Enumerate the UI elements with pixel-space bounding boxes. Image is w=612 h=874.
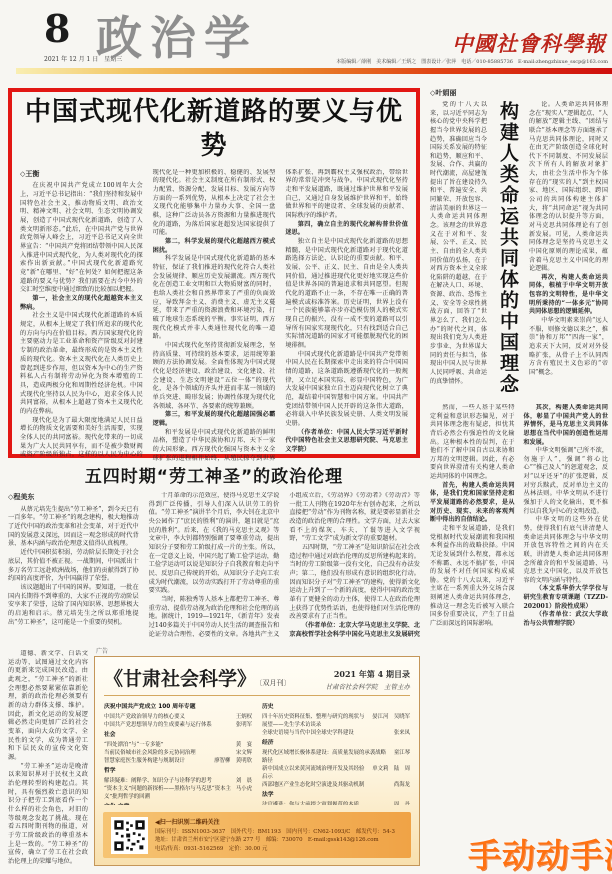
paragraph: 党的十八大以来，以习近平同志为核心的党中央科学把握当今世界发展的总趋势，准确回应… xyxy=(430,101,487,386)
toc-item: 全球史语境与当代中国全球史学科建设张来凤 xyxy=(262,729,410,737)
main-article-headline: 中国式现代化新道路的要义与优势 xyxy=(20,96,408,164)
toc-section-header: 法学 xyxy=(262,791,410,800)
toc-item-author: 刘 晨 xyxy=(236,777,252,785)
paragraph: 独立自主是中国式现代化新道路的思想精髓，是中国式现代化新道路对于现代化道路选择方… xyxy=(285,238,408,351)
paragraph: 从蔡元培先生提出“劳工神圣”，到今天已有一百多年。“劳工神圣”的观念建构，极大地… xyxy=(8,506,139,549)
toc-section-header: 经济 xyxy=(262,739,410,748)
second-article-title: 五四时期“劳工神圣”的政治伦理 xyxy=(8,462,420,487)
paragraph: 然而，一些人基于某些特定利益和意识形态偏见，对于共同体理念抱有疑虑，担忧其背后必… xyxy=(430,404,515,482)
paragraph: 中华文明的这些外在优势，使得我们有底气讲清楚人类命运共同体理念与中华文明开放包容… xyxy=(524,516,609,585)
paragraph: 十月革命的示范效应，使得马克思主义学说得到广泛传播，引导人们深入认识劳工的价值。… xyxy=(149,492,280,596)
staff-credits-line: 本版编辑／薛刚 美术编辑／王炳之 图表设计／张萍 电话／010-85885736… xyxy=(336,58,608,65)
right-article-vertical-title: 构建人类命运共同体的中国理念 xyxy=(491,101,525,397)
toc-section-header: 文化·文学 xyxy=(104,803,252,805)
right-article-author: ◇叶娟丽 xyxy=(430,88,608,98)
paragraph: 中华文明强调“己所不欲，勿施于人”，强调“将心比心”“推己及人”的恕道观念，反对… xyxy=(524,447,609,516)
toc-item-author: 廖智柳 黄明欣 xyxy=(214,757,252,765)
qr-caption: ◀扫一扫识别二维码关注 xyxy=(155,817,395,826)
toc-item-title: 解读疑难：阐释学、知识分子与诠释学的思考 xyxy=(104,777,212,785)
toc-section-header: 社会 xyxy=(104,731,252,740)
bold-paragraph: 第四，确立自主的现代化解构普世价值迷思。 xyxy=(285,221,408,238)
toc-item: 西部地区产业生态化时空演进及其驱动机制尚海龙 xyxy=(262,781,410,789)
toc-item-title: 中国共产党思想领导力的生成要素与运行体系 xyxy=(104,721,212,729)
page-number: 8 xyxy=(44,6,70,51)
toc-item-author: 马小虎 xyxy=(236,785,252,801)
address-line: 地址：甘肃省兰州市安宁区建宁东路 277 号 邮编：730070 E-mail:… xyxy=(155,836,395,844)
toc-item-title: 西部地区产业生态化时空演进及其驱动机制 xyxy=(262,781,364,789)
toc-item-title: 中国共产党政治领导力的核心要义 xyxy=(104,713,185,721)
toc-item-author: 童江琴 xyxy=(394,749,410,765)
issue-info-group: 2021 年第 4 期目录 甘肃省社会科学院 主管主办 xyxy=(326,669,411,691)
main-article-body: ◇王衡在庆祝中国共产党成立100周年大会上，习近平总书记指出：“我们坚持和发展中… xyxy=(20,169,408,471)
toc-item-author: 尚海龙 xyxy=(394,781,410,789)
paragraph: 道德、新文学、白话文运动等，试图通过文化内容的更新来完成国民改造。由此观之，“劳… xyxy=(8,650,88,763)
toc-item: 当前民俗城市社会风险的多元协同治理宋文辉 xyxy=(104,749,252,757)
paragraph: 中国式现代化坚持贯彻新发展理念，坚持高质量、可持续的基本要求，运用统筹兼顾的方法… xyxy=(153,342,276,411)
article-author: ◇程美东 xyxy=(8,493,139,503)
header-gradient-rule xyxy=(16,68,612,74)
toc-item-title: 新中国成立以来黄河流域治理开发及其经验启示 xyxy=(262,765,368,781)
toc-item-title: 当前民俗城市社会风险的多元协同治理 xyxy=(104,749,196,757)
toc-item-author: 王炳权 xyxy=(236,713,252,721)
toc-item: 现代化区域增长极体系建设：高质量发展的承袭战略路径童江琴 xyxy=(262,749,410,765)
right-article-upper: 党的十八大以来，以习近平同志为核心的党中央科学把握当今世界发展的总趋势，准确回应… xyxy=(430,101,608,397)
main-article-box: 中国式现代化新道路的要义与优势 ◇王衡在庆祝中国共产党成立100周年大会上，习近… xyxy=(8,88,420,458)
toc-item-author: 周 丹 xyxy=(394,801,410,805)
journal-title-group: 《甘肃社会科学》〔双月刊〕 xyxy=(104,664,291,691)
toc-left-column: 庆祝中国共产党成立 100 周年专题中国共产党政治领导力的核心要义王炳权中国共产… xyxy=(104,701,252,805)
phone-price-line: 电话/传真：0931-5162569 定价：30.00 元 xyxy=(155,845,395,853)
paragraph: “劳工神圣”运动是晚清以来知识界对于民权主义政治伦理转型的构建起点。其时，具有强… xyxy=(8,763,88,867)
toc-right-column: 历史四十年历史资料征集、整理与研究的现状与展望——先生学术访谈录晏江河 吴晓军全… xyxy=(262,701,410,805)
right-article-lower: 然而，一些人基于某些特定利益和意识形态偏见，对于共同体理念抱有疑虑，担忧其背后必… xyxy=(430,404,608,832)
second-article-body: ◇程美东从蔡元培先生提出“劳工神圣”，到今天已有一百多年。“劳工神圣”的观念建构… xyxy=(8,492,420,642)
left-continuation-column: 道德、新文学、白话文运动等，试图通过文化内容的更新来完成国民改造。由此观之，“劳… xyxy=(8,650,88,868)
bold-paragraph: 第三，和平发展的现代化超越国强必霸逻辑。 xyxy=(153,411,276,428)
bold-paragraph: 第一，社会主义的现代化超越资本主义弊病。 xyxy=(20,295,143,312)
toc-item: 新中国成立以来黄河流域治理开发及其经验启示单文莉 陆 周 xyxy=(262,765,410,781)
toc-section-header: 庆祝中国共产党成立 100 周年专题 xyxy=(104,703,252,712)
paragraph: 近代中国积贫积弱，劳动阶层长期处于社会底层，其价值不被正视。一战期间，中国派出十… xyxy=(8,549,139,584)
right-article: ◇叶娟丽 党的十八大以来，以习近平同志为核心的党中央科学把握当今世界发展的总趋势… xyxy=(430,88,608,870)
toc-item-author: 宋文辉 xyxy=(236,749,252,757)
toc-item: “资本主义”问题的新探析——黑格尔与马克思“资本主义”批判哲学的回溯马小虎 xyxy=(104,785,252,801)
toc-item-author: 张明军 xyxy=(236,721,252,729)
toc-item-author: 黄 宴 xyxy=(236,741,252,749)
toc-item-title: 智慧家庭医生服务构建与规制设计 xyxy=(104,757,185,765)
qr-code-icon xyxy=(111,817,148,854)
toc-item-title: 现代化区域增长极体系建设：高质量发展的承袭战略路径 xyxy=(262,749,390,765)
bold-paragraph: 第二，科学发展的现代化超越西方模式困扰。 xyxy=(153,238,276,255)
bold-paragraph: （作者单位：中国人民大学习近平新时代中国特色社会主义思想研究院、马克思主义学院） xyxy=(285,429,408,455)
bold-paragraph: （作者单位：武汉大学政治与公共管理学院） xyxy=(524,611,609,628)
ad-header: 《甘肃社会科学》〔双月刊〕 2021 年第 4 期目录 甘肃省社会科学院 主管主… xyxy=(104,664,410,696)
issue-title: 2021 年第 4 期目录 xyxy=(326,669,411,680)
toc-section-header: 历史 xyxy=(262,703,410,712)
toc-item-author: 张来凤 xyxy=(394,729,410,737)
paragraph: 社会主义是中国式现代化新道路的本质规定，从根本上规定了我们所追求的现代化的方向与… xyxy=(20,312,143,416)
toc-item-author: 晏江河 吴晓军 xyxy=(372,713,410,729)
journal-publisher: 甘肃省社会科学院 主管主办 xyxy=(326,682,411,691)
issn-line: 国际刊号：ISSN1003-3637 国外代号：BM1193 国内刊号：CN62… xyxy=(155,828,395,836)
toc-item-title: “资本主义”问题的新探析——黑格尔与马克思“资本主义”批判哲学的回溯 xyxy=(104,785,232,801)
newspaper-masthead: 中國社會科學報 xyxy=(452,28,606,58)
toc-item: 中国共产党政治领导力的核心要义王炳权 xyxy=(104,713,252,721)
toc-item-title: 全球史语境与当代中国全球史学科建设 xyxy=(262,729,354,737)
paragraph: 科学发展是中国式现代化新道路的基本特征，保证了我们推进的现代化符合人类社会发展规… xyxy=(153,255,276,342)
toc-item-title: 四十年历史资料征集、整理与研究的现状与展望——先生学术访谈录 xyxy=(262,713,368,729)
toc-item: “四处漂泊”与“一专多能”黄 宴 xyxy=(104,741,252,749)
paragraph: 五四时期，“劳工神圣”是知识阶层在社会改造过程中通过对政治伦理的反思所建构起来的… xyxy=(289,544,420,622)
paragraph: 走和平发展道路，是我们党根据时代发展潮流和我国根本利益作出的战略抉择。中国无论发… xyxy=(430,525,515,629)
journal-frequency: 〔双月刊〕 xyxy=(259,679,291,687)
toc-item-author: 单文莉 陆 周 xyxy=(372,765,410,781)
paragraph: 论。人类命运共同体理念在“现实人”逻辑起点、“人的解放”逻辑主线、“团结与联合”… xyxy=(529,101,608,274)
toc-item-title: “四处漂泊”与“一专多能” xyxy=(104,741,164,749)
paragraph: 该议题超出了中国的国界。要知道，一批在国内长期得不到尊重的、大家不正视的劳动阶层… xyxy=(8,584,139,627)
toc-item: 解读疑难：阐释学、知识分子与诠释学的思考刘 晨 xyxy=(104,777,252,785)
second-article: 五四时期“劳工神圣”的政治伦理 ◇程美东从蔡元培先生提出“劳工神圣”，到今天已有… xyxy=(8,462,420,644)
ad-label: 广告 xyxy=(96,646,108,655)
journal-toc: 庆祝中国共产党成立 100 周年专题中国共产党政治领导力的核心要义王炳权中国共产… xyxy=(104,701,410,805)
toc-item: 中国共产党思想领导力的生成要素与运行体系张明军 xyxy=(104,721,252,729)
article-author: ◇王衡 xyxy=(20,170,143,180)
ad-contact-strip: ◀扫一扫识别二维码关注 国际刊号：ISSN1003-3637 国外代号：BM11… xyxy=(103,812,411,858)
bold-paragraph: （本文系华侨大学学位与研究生教育专项课题（TZZD-202001）阶段性成果） xyxy=(524,585,609,611)
right-upper-left-column: 党的十八大以来，以习近平同志为核心的党中央科学把握当今世界发展的总趋势，准确回应… xyxy=(430,101,487,397)
toc-item: 智慧家庭医生服务构建与规制设计廖智柳 黄明欣 xyxy=(104,757,252,765)
ad-contact-text: ◀扫一扫识别二维码关注 国际刊号：ISSN1003-3637 国外代号：BM11… xyxy=(155,817,395,852)
paragraph: 中华文明素来崇尚“远人不服，则修文德以来之”，推崇“协和万邦”“四海一家”，追求… xyxy=(529,317,608,377)
toc-item: 四十年历史资料征集、整理与研究的现状与展望——先生学术访谈录晏江河 吴晓军 xyxy=(262,713,410,729)
section-title: 政治学 xyxy=(96,2,258,68)
bold-paragraph: 再次，构建人类命运共同体，根植于中华文明开放包容的文明特性，是中华文明所秉持的“… xyxy=(529,274,608,317)
right-upper-right-column: 论。人类命运共同体理念在“现实人”逻辑起点、“人的解放”逻辑主线、“团结与联合”… xyxy=(529,101,608,397)
paragraph: 中国式现代化新道路是中国共产党带领中国人民在长期探索中走出来的符合中国国情的道路… xyxy=(285,351,408,429)
bold-paragraph: 其次，构建人类命运共同体，彰显了中国共产党人的世界情怀，是马克思主义共同体思想在… xyxy=(524,404,609,447)
journal-title: 《甘肃社会科学》 xyxy=(104,668,256,690)
watermark-text: 手动动手游 xyxy=(468,830,612,874)
journal-advertisement: 《甘肃社会科学》〔双月刊〕 2021 年第 4 期目录 甘肃省社会科学院 主管主… xyxy=(94,656,420,866)
toc-item-title: 法官遴选：你与大前提之审判规范的本质 xyxy=(262,801,359,805)
toc-section-header: 哲学 xyxy=(104,767,252,776)
toc-item: 法官遴选：你与大前提之审判规范的本质周 丹 xyxy=(262,801,410,805)
bold-paragraph: 首先，构建人类命运共同体，是我们党和国家坚持走和平发展道路的必然要求，是从对历史… xyxy=(430,482,515,525)
paragraph: 在庆祝中国共产党成立100周年大会上，习近平总书记指出：“我们坚持和发展中国特色… xyxy=(20,182,143,295)
